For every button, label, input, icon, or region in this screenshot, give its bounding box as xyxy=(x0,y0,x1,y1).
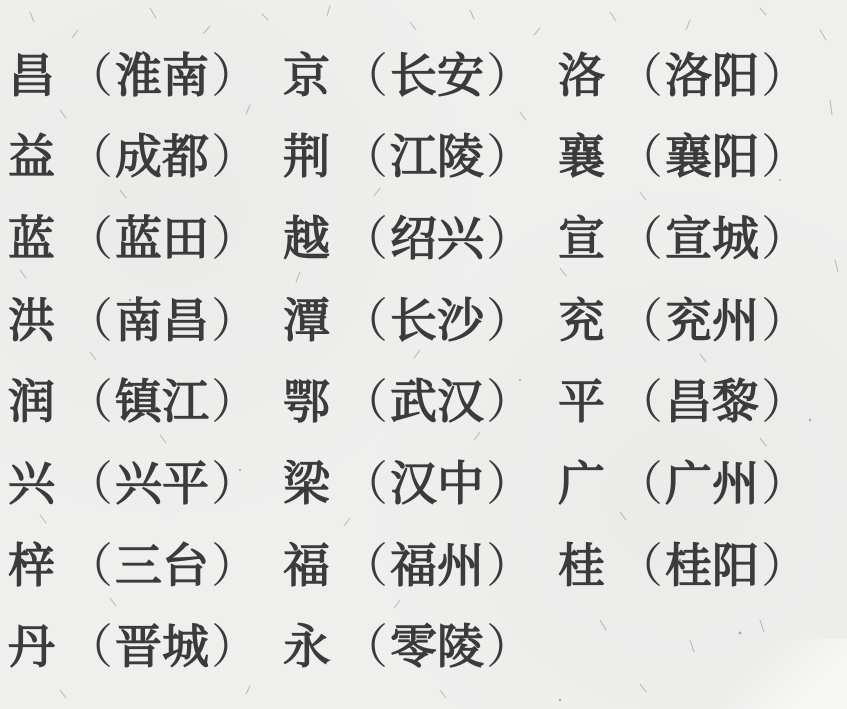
full-name: 兴平 xyxy=(115,447,209,514)
entry: 桂（桂阳） xyxy=(558,530,838,594)
close-paren: ） xyxy=(486,202,533,269)
close-paren: ） xyxy=(486,39,533,106)
open-paren: （ xyxy=(66,39,113,106)
entry: 兖（兖州） xyxy=(558,285,838,349)
open-paren: （ xyxy=(341,39,388,106)
open-paren: （ xyxy=(66,447,113,514)
close-paren: ） xyxy=(761,447,808,514)
entry: 宣（宣城） xyxy=(558,203,838,267)
full-name: 三台 xyxy=(115,529,209,596)
abbreviation: 平 xyxy=(558,365,610,432)
abbreviation: 襄 xyxy=(558,120,610,187)
open-paren: （ xyxy=(66,365,113,432)
abbreviation: 京 xyxy=(283,39,335,106)
full-name: 宣城 xyxy=(665,202,759,269)
full-name: 淮南 xyxy=(115,39,209,106)
close-paren: ） xyxy=(486,365,533,432)
close-paren: ） xyxy=(211,39,258,106)
close-paren: ） xyxy=(211,120,258,187)
open-paren: （ xyxy=(616,365,663,432)
full-name: 襄阳 xyxy=(665,120,759,187)
entry: 梁（汉中） xyxy=(283,448,558,512)
close-paren: ） xyxy=(211,447,258,514)
open-paren: （ xyxy=(341,120,388,187)
full-name: 绍兴 xyxy=(390,202,484,269)
close-paren: ） xyxy=(211,610,258,677)
abbreviation: 益 xyxy=(8,120,60,187)
open-paren: （ xyxy=(66,529,113,596)
abbreviation: 荆 xyxy=(283,120,335,187)
abbreviation: 洛 xyxy=(558,39,610,106)
city-abbreviation-grid: 昌（淮南） 京（长安） 洛（洛阳） 益（成都） 荆（江陵） 襄（襄阳） 蓝（蓝田… xyxy=(8,40,838,694)
close-paren: ） xyxy=(761,120,808,187)
full-name: 江陵 xyxy=(390,120,484,187)
abbreviation: 梓 xyxy=(8,529,60,596)
open-paren: （ xyxy=(66,202,113,269)
close-paren: ） xyxy=(486,529,533,596)
close-paren: ） xyxy=(486,284,533,351)
close-paren: ） xyxy=(486,610,533,677)
abbreviation: 潭 xyxy=(283,284,335,351)
open-paren: （ xyxy=(341,610,388,677)
entry: 鄂（武汉） xyxy=(283,367,558,431)
entry: 益（成都） xyxy=(8,122,283,186)
full-name: 汉中 xyxy=(390,447,484,514)
entry: 洪（南昌） xyxy=(8,285,283,349)
entry: 梓（三台） xyxy=(8,530,283,594)
open-paren: （ xyxy=(341,447,388,514)
open-paren: （ xyxy=(341,529,388,596)
open-paren: （ xyxy=(616,529,663,596)
full-name: 广州 xyxy=(665,447,759,514)
open-paren: （ xyxy=(616,202,663,269)
close-paren: ） xyxy=(211,529,258,596)
entry: 平（昌黎） xyxy=(558,367,838,431)
full-name: 南昌 xyxy=(115,284,209,351)
close-paren: ） xyxy=(761,365,808,432)
abbreviation: 永 xyxy=(283,610,335,677)
entry: 越（绍兴） xyxy=(283,203,558,267)
abbreviation: 广 xyxy=(558,447,610,514)
full-name: 武汉 xyxy=(390,365,484,432)
abbreviation: 福 xyxy=(283,529,335,596)
abbreviation: 宣 xyxy=(558,202,610,269)
entry: 永（零陵） xyxy=(283,612,558,676)
open-paren: （ xyxy=(616,39,663,106)
full-name: 镇江 xyxy=(115,365,209,432)
close-paren: ） xyxy=(486,447,533,514)
close-paren: ） xyxy=(486,120,533,187)
entry: 洛（洛阳） xyxy=(558,40,838,104)
full-name: 零陵 xyxy=(390,610,484,677)
full-name: 洛阳 xyxy=(665,39,759,106)
entry: 荆（江陵） xyxy=(283,122,558,186)
abbreviation: 兖 xyxy=(558,284,610,351)
entry: 福（福州） xyxy=(283,530,558,594)
full-name: 长沙 xyxy=(390,284,484,351)
abbreviation: 鄂 xyxy=(283,365,335,432)
entry: 襄（襄阳） xyxy=(558,122,838,186)
full-name: 桂阳 xyxy=(665,529,759,596)
full-name: 长安 xyxy=(390,39,484,106)
open-paren: （ xyxy=(616,447,663,514)
open-paren: （ xyxy=(341,284,388,351)
abbreviation: 昌 xyxy=(8,39,60,106)
close-paren: ） xyxy=(211,202,258,269)
entry: 润（镇江） xyxy=(8,367,283,431)
open-paren: （ xyxy=(616,284,663,351)
abbreviation: 兴 xyxy=(8,447,60,514)
abbreviation: 蓝 xyxy=(8,202,60,269)
entry: 广（广州） xyxy=(558,448,838,512)
open-paren: （ xyxy=(341,365,388,432)
open-paren: （ xyxy=(341,202,388,269)
entry: 兴（兴平） xyxy=(8,448,283,512)
close-paren: ） xyxy=(761,39,808,106)
close-paren: ） xyxy=(211,365,258,432)
full-name: 成都 xyxy=(115,120,209,187)
close-paren: ） xyxy=(761,284,808,351)
entry: 潭（长沙） xyxy=(283,285,558,349)
open-paren: （ xyxy=(66,120,113,187)
full-name: 晋城 xyxy=(115,610,209,677)
entry: 京（长安） xyxy=(283,40,558,104)
full-name: 蓝田 xyxy=(115,202,209,269)
abbreviation: 润 xyxy=(8,365,60,432)
close-paren: ） xyxy=(211,284,258,351)
open-paren: （ xyxy=(66,610,113,677)
entry: 蓝（蓝田） xyxy=(8,203,283,267)
open-paren: （ xyxy=(66,284,113,351)
full-name: 昌黎 xyxy=(665,365,759,432)
close-paren: ） xyxy=(761,202,808,269)
abbreviation: 桂 xyxy=(558,529,610,596)
abbreviation: 洪 xyxy=(8,284,60,351)
abbreviation: 丹 xyxy=(8,610,60,677)
close-paren: ） xyxy=(761,529,808,596)
full-name: 兖州 xyxy=(665,284,759,351)
entry-changs: 昌（淮南） xyxy=(8,40,283,104)
entry: 丹（晋城） xyxy=(8,612,283,676)
abbreviation: 越 xyxy=(283,202,335,269)
abbreviation: 梁 xyxy=(283,447,335,514)
open-paren: （ xyxy=(616,120,663,187)
full-name: 福州 xyxy=(390,529,484,596)
